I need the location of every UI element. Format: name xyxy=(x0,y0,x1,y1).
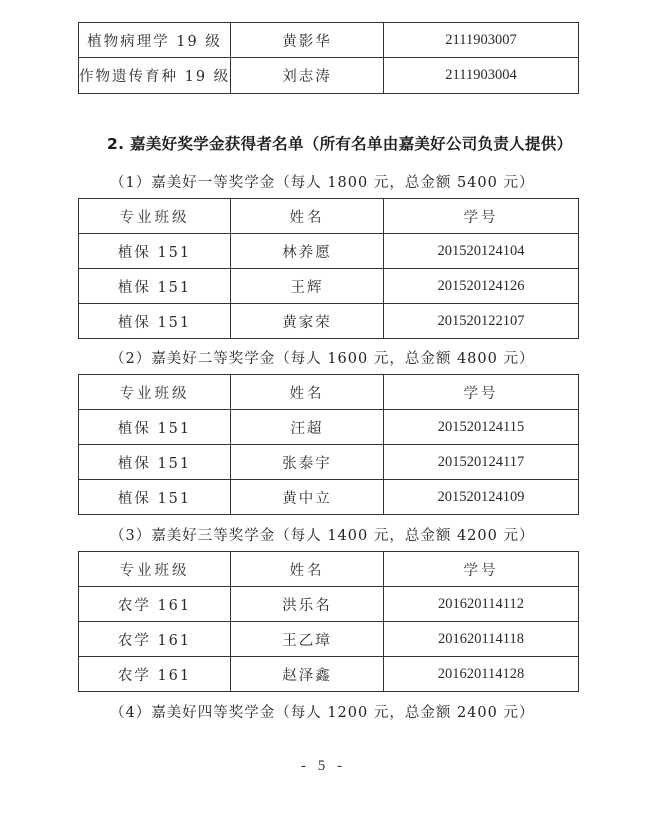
student-id-cell: 201520124117 xyxy=(384,445,579,480)
name-cell: 黄家荣 xyxy=(231,304,384,339)
table-row: 植保 151 汪超 201520124115 xyxy=(79,410,579,445)
name-cell: 洪乐名 xyxy=(231,587,384,622)
class-cell: 作物遗传育种 19 级 xyxy=(79,58,231,94)
table-row: 作物遗传育种 19 级 刘志涛 2111903004 xyxy=(79,58,579,94)
class-cell: 植保 151 xyxy=(79,410,231,445)
award-table-first: 专业班级 姓名 学号 植保 151 林养愿 201520124104 植保 15… xyxy=(78,198,579,339)
table-row: 植保 151 林养愿 201520124104 xyxy=(79,234,579,269)
page-number: - 5 - xyxy=(0,758,647,775)
student-id-cell: 201520124115 xyxy=(384,410,579,445)
class-cell: 农学 161 xyxy=(79,587,231,622)
student-id-cell: 201520124104 xyxy=(384,234,579,269)
award-table-second: 专业班级 姓名 学号 植保 151 汪超 201520124115 植保 151… xyxy=(78,374,579,515)
document-page: 植物病理学 19 级 黄影华 2111903007 作物遗传育种 19 级 刘志… xyxy=(0,0,647,823)
table-row: 农学 161 王乙璋 201620114118 xyxy=(79,622,579,657)
table-header-row: 专业班级 姓名 学号 xyxy=(79,199,579,234)
class-cell: 农学 161 xyxy=(79,622,231,657)
table-row: 植保 151 王辉 201520124126 xyxy=(79,269,579,304)
class-cell: 植保 151 xyxy=(79,234,231,269)
class-cell: 植保 151 xyxy=(79,480,231,515)
table-row: 植保 151 黄家荣 201520122107 xyxy=(79,304,579,339)
table-row: 植物病理学 19 级 黄影华 2111903007 xyxy=(79,23,579,58)
student-id-cell: 201520122107 xyxy=(384,304,579,339)
award-title-second: （2）嘉美好二等奖学金（每人 1600 元，总金额 4800 元） xyxy=(110,347,534,368)
name-cell: 汪超 xyxy=(231,410,384,445)
table-header-row: 专业班级 姓名 学号 xyxy=(79,375,579,410)
table-row: 农学 161 洪乐名 201620114112 xyxy=(79,587,579,622)
continuation-table: 植物病理学 19 级 黄影华 2111903007 作物遗传育种 19 级 刘志… xyxy=(78,22,579,94)
table-row: 植保 151 黄中立 201520124109 xyxy=(79,480,579,515)
column-header-student-id: 学号 xyxy=(384,375,579,410)
student-id-cell: 201520124126 xyxy=(384,269,579,304)
student-id-cell: 201620114118 xyxy=(384,622,579,657)
name-cell: 黄影华 xyxy=(231,23,384,58)
award-title-third: （3）嘉美好三等奖学金（每人 1400 元，总金额 4200 元） xyxy=(110,524,534,545)
student-id-cell: 201620114128 xyxy=(384,657,579,692)
column-header-name: 姓名 xyxy=(231,375,384,410)
column-header-student-id: 学号 xyxy=(384,199,579,234)
class-cell: 植物病理学 19 级 xyxy=(79,23,231,58)
class-cell: 农学 161 xyxy=(79,657,231,692)
award-table-third: 专业班级 姓名 学号 农学 161 洪乐名 201620114112 农学 16… xyxy=(78,551,579,692)
column-header-student-id: 学号 xyxy=(384,552,579,587)
column-header-name: 姓名 xyxy=(231,552,384,587)
student-id-cell: 201620114112 xyxy=(384,587,579,622)
name-cell: 黄中立 xyxy=(231,480,384,515)
column-header-class: 专业班级 xyxy=(79,375,231,410)
class-cell: 植保 151 xyxy=(79,445,231,480)
column-header-class: 专业班级 xyxy=(79,199,231,234)
column-header-class: 专业班级 xyxy=(79,552,231,587)
student-id-cell: 201520124109 xyxy=(384,480,579,515)
table-row: 植保 151 张泰宇 201520124117 xyxy=(79,445,579,480)
name-cell: 赵泽鑫 xyxy=(231,657,384,692)
student-id-cell: 2111903004 xyxy=(384,58,579,94)
name-cell: 张泰宇 xyxy=(231,445,384,480)
name-cell: 王辉 xyxy=(231,269,384,304)
table-header-row: 专业班级 姓名 学号 xyxy=(79,552,579,587)
name-cell: 王乙璋 xyxy=(231,622,384,657)
section-heading: 2. 嘉美好奖学金获得者名单（所有名单由嘉美好公司负责人提供） xyxy=(107,132,572,154)
table-row: 农学 161 赵泽鑫 201620114128 xyxy=(79,657,579,692)
class-cell: 植保 151 xyxy=(79,269,231,304)
column-header-name: 姓名 xyxy=(231,199,384,234)
name-cell: 林养愿 xyxy=(231,234,384,269)
name-cell: 刘志涛 xyxy=(231,58,384,94)
award-title-first: （1）嘉美好一等奖学金（每人 1800 元，总金额 5400 元） xyxy=(110,171,534,192)
award-title-fourth: （4）嘉美好四等奖学金（每人 1200 元，总金额 2400 元） xyxy=(110,701,534,722)
student-id-cell: 2111903007 xyxy=(384,23,579,58)
class-cell: 植保 151 xyxy=(79,304,231,339)
